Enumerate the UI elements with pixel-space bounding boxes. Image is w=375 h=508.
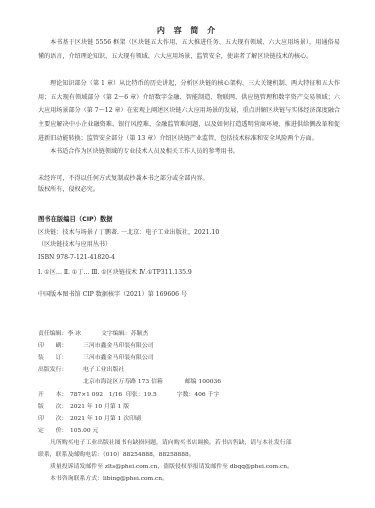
publisher-label: 出版发行： [38, 364, 83, 373]
credits-address: 北京市海淀区万寿路 173 信箱邮编 100036 [38, 376, 221, 385]
footer-line-3: 质量投诉请发邮件至 zlts@phei.com.cn，盗版侵权举报请发邮件至 d… [50, 461, 293, 470]
summary-title: 内 容 简 介 [0, 25, 375, 36]
credits-binding-company: 装 订：三河市鑫金马印装有限公司 [38, 352, 154, 361]
summary-paragraph-1: 本书基于区块链 5556 框架（区块链五大作用、五大推进任务、五大现有领域、六大… [38, 36, 340, 63]
copyright-notice: 未经许可，不得以任何方式复制或抄袭本书之部分或全部内容。 [38, 174, 209, 183]
editor-value: 李 冰 [67, 331, 81, 337]
print-label: 印 刷： [38, 340, 83, 349]
summary-paragraph-2: 理论知识部分（第 1 章）从比特币的历史讲起，分析区块链的核心架构、三大关键机制… [38, 77, 340, 146]
words-value: 406 千字 [194, 392, 219, 398]
footer-line-1: 凡所购买电子工业出版社图书有缺损问题，请向购买书店调换。若书店售缺，请与本社发行… [50, 437, 292, 446]
binding-value: 三河市鑫金马印装有限公司 [83, 355, 154, 361]
footer-line-2: 联系，联系及邮购电话：（010）88254888，88258888。 [38, 449, 195, 458]
credits-editors: 责任编辑：李 冰文字编辑：苏颖杰 [38, 328, 148, 337]
copyright-page: 内 容 简 介 本书基于区块链 5556 框架（区块链五大作用、五大推进任务、五… [0, 0, 375, 508]
cip-isbn: ISBN 978-7-121-41820-4 [38, 253, 115, 262]
text-editor-label: 文字编辑： [101, 331, 130, 337]
cip-series-line: （区块链技术与应用丛书） [38, 240, 111, 249]
sheets-value: 19.5 [144, 392, 157, 398]
format-value: 787×1 092 1/16 [70, 392, 122, 398]
credits-printing: 印 次：2021 年 10 月第 1 次印刷 [38, 413, 141, 422]
address-value: 北京市海淀区万寿路 173 信箱 [83, 379, 163, 385]
text-editor-value: 苏颖杰 [131, 331, 149, 337]
printing-label: 印 次： [38, 413, 70, 422]
printing-value: 2021 年 10 月第 1 次印刷 [70, 416, 141, 422]
cip-classification: Ⅰ. ①区… Ⅱ. ①丁… Ⅲ. ①区块链技术 Ⅳ.①TP311.135.9 [38, 268, 192, 277]
format-label: 开 本： [38, 389, 70, 398]
cip-heading: 图书在版编目（CIP）数据 [38, 215, 113, 224]
edition-label: 版 次： [38, 401, 70, 410]
binding-label: 装 订： [38, 352, 83, 361]
edition-value: 2021 年 10 月第 1 版 [70, 404, 129, 410]
editor-label: 责任编辑： [38, 331, 67, 337]
postcode-value: 100036 [198, 379, 221, 385]
sheets-label: 印张： [126, 392, 144, 398]
credits-printing-company: 印 刷：三河市鑫金马印装有限公司 [38, 340, 154, 349]
credits-publisher: 出版发行：电子工业出版社 [38, 364, 124, 373]
summary-paragraph-3: 本书适合作为区块链领域的专业技术人员及相关工作人员的参考用书。 [38, 145, 340, 159]
price-value: 105.00 元 [70, 428, 98, 434]
cip-record-number: 中国版本图书馆 CIP 数据核字（2021）第 169606 号 [38, 290, 187, 299]
postcode-label: 邮编 [185, 379, 197, 385]
cip-title-line: 区块链：技术与场景 / 丁鹏著. 一北京：电子工业出版社，2021.10 [38, 228, 219, 237]
price-label: 定 价： [38, 425, 70, 434]
copyright-rights: 版权所有，侵权必究。 [38, 185, 99, 194]
print-value: 三河市鑫金马印装有限公司 [83, 343, 154, 349]
footer-line-4: 本书咨询联系方式：libing@phei.com.cn。 [50, 473, 168, 482]
publisher-value: 电子工业出版社 [83, 367, 124, 373]
credits-edition: 版 次：2021 年 10 月第 1 版 [38, 401, 129, 410]
words-label: 字数： [177, 392, 195, 398]
credits-price: 定 价：105.00 元 [38, 425, 98, 434]
credits-format: 开 本：787×1 092 1/16 印张：19.5字数：406 千字 [38, 389, 219, 398]
